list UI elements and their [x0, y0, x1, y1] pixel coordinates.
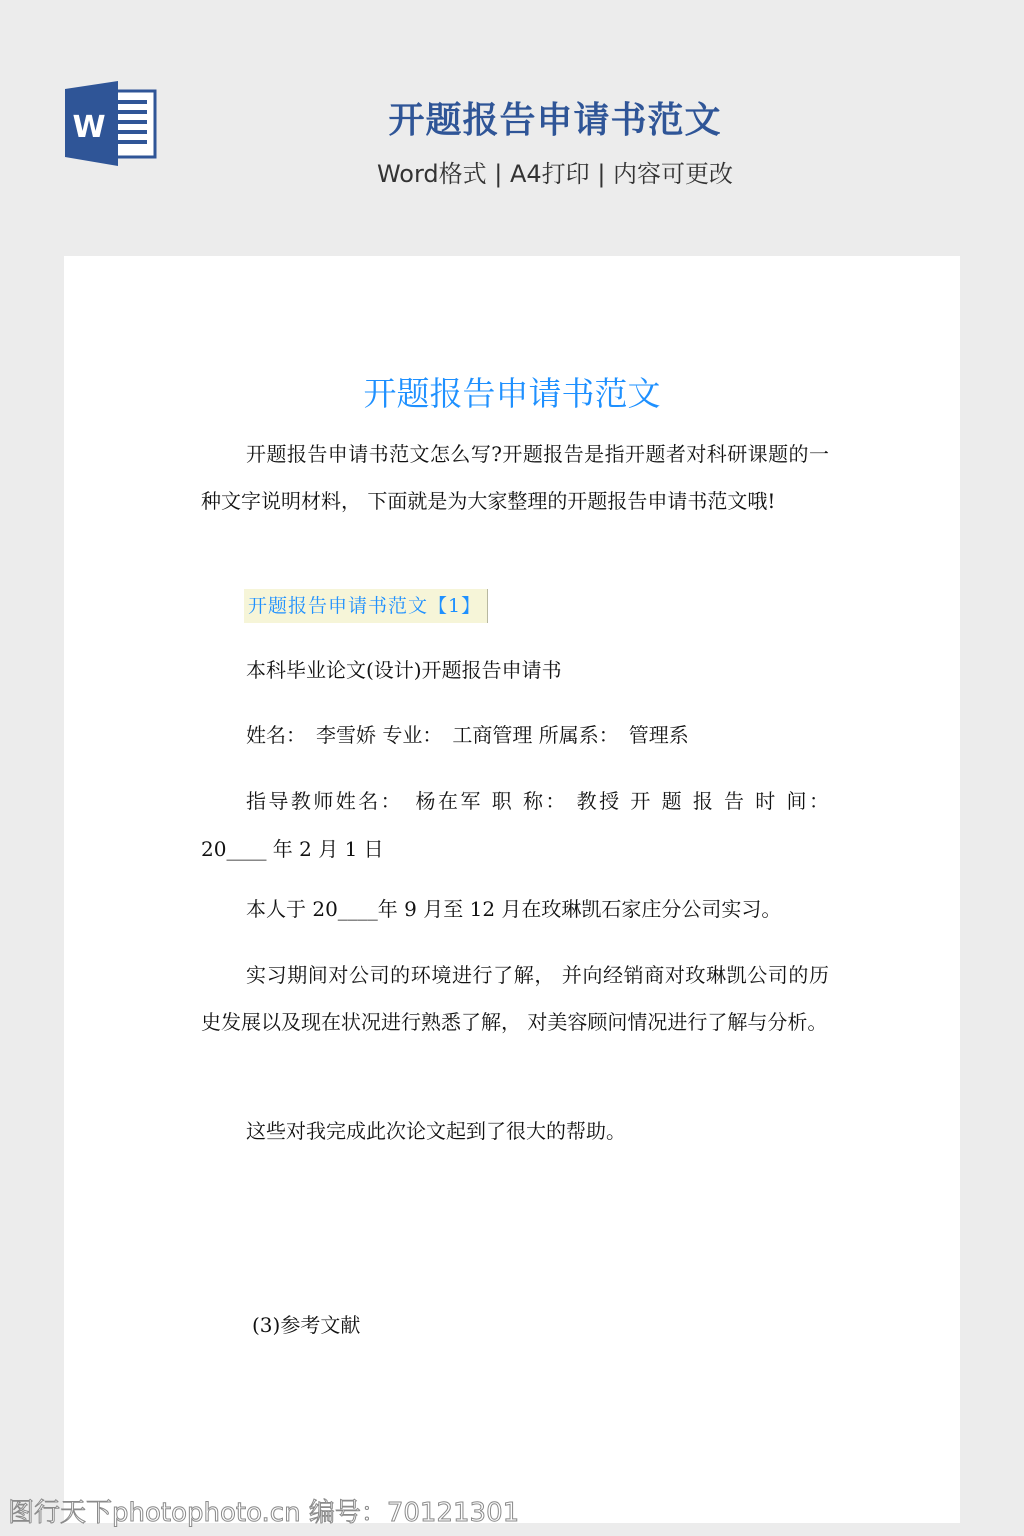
- word-document-icon: W: [65, 81, 157, 166]
- help-line: 这些对我完成此次论文起到了很大的帮助。: [201, 1108, 829, 1155]
- internship-line: 本人于 20____年 9 月至 12 月在玫琳凯石家庄分公司实习。: [201, 886, 829, 933]
- document-page: 开题报告申请书范文 开题报告申请书范文怎么写?开题报告是指开题者对科研课题的一种…: [64, 256, 960, 1523]
- document-title: 开题报告申请书范文: [64, 368, 960, 415]
- svg-text:W: W: [72, 110, 105, 145]
- watermark: 图行天下photophoto.cn 编号：70121301: [8, 1492, 519, 1529]
- references-heading: (3)参考文献: [252, 1302, 880, 1349]
- student-info-line: 姓名： 李雪娇 专业： 工商管理 所属系： 管理系: [201, 712, 829, 759]
- report-date-line: 20____ 年 2 月 1 日: [201, 826, 829, 873]
- header-subtitle: Word格式 | A4打印 | 内容可更改: [340, 154, 770, 189]
- header-title: 开题报告申请书范文: [340, 92, 770, 143]
- section-heading: 开题报告申请书范文【1】: [244, 589, 488, 623]
- promo-header: W 开题报告申请书范文 Word格式 | A4打印 | 内容可更改: [0, 0, 1024, 256]
- intro-paragraph: 开题报告申请书范文怎么写?开题报告是指开题者对科研课题的一种文字说明材料， 下面…: [201, 431, 829, 525]
- form-title-line: 本科毕业论文(设计)开题报告申请书: [201, 647, 829, 694]
- internship-details-paragraph: 实习期间对公司的环境进行了解， 并向经销商对玫琳凯公司的历史发展以及现在状况进行…: [201, 952, 829, 1046]
- advisor-info-line: 指导教师姓名： 杨在军 职 称： 教授 开 题 报 告 时 间：: [201, 778, 829, 825]
